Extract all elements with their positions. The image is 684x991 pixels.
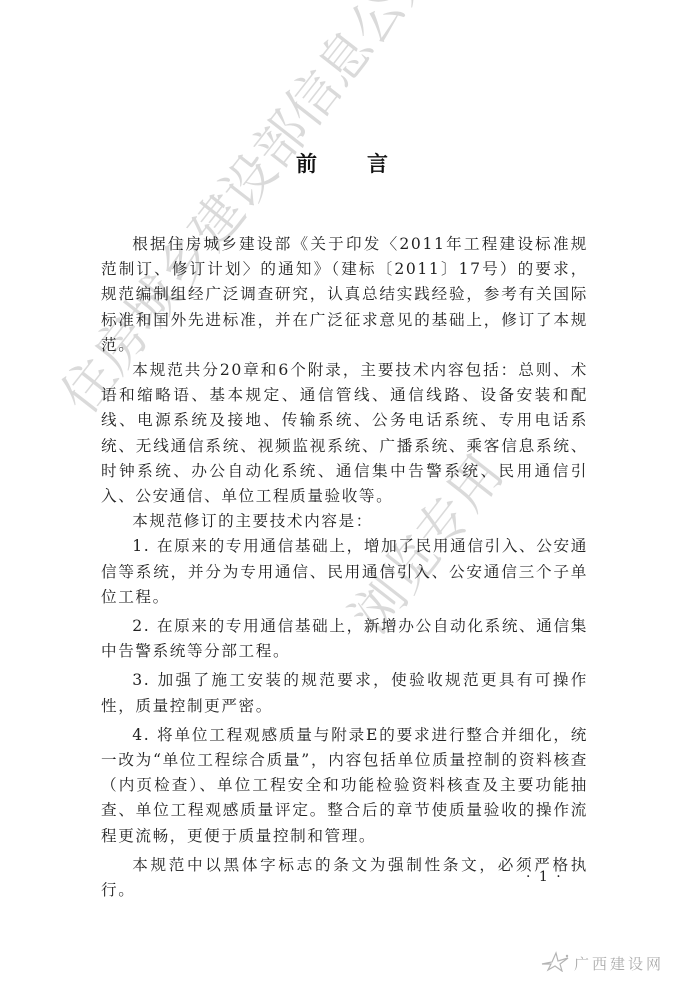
star-swoosh-icon (540, 950, 570, 977)
paragraph-contents: 本规范共分20章和6个附录，主要技术内容包括：总则、术语和缩略语、基本规定、通信… (101, 358, 588, 509)
document-body: 根据住房城乡建设部《关于印发〈2011年工程建设标准规范制订、修订计划〉的通知》… (101, 232, 588, 903)
revision-item-1: 1. 在原来的专用通信基础上，增加了民用通信引入、公安通信等系统，并分为专用通信… (101, 534, 588, 610)
page-number: · 1 · (526, 869, 563, 885)
document-page: 住房城乡建设部信息公开 浏览专用 前言 根据住房城乡建设部《关于印发〈2011年… (0, 0, 684, 991)
page-title: 前言 (0, 148, 684, 178)
revision-item-3: 3. 加强了施工安装的规范要求，使验收规范更具有可操作性，质量控制更严密。 (101, 668, 588, 718)
revision-item-4: 4. 将单位工程观感质量与附录E的要求进行整合并细化，统一改为“单位工程综合质量… (101, 723, 588, 849)
paragraph-mandatory: 本规范中以黑体字标志的条文为强制性条文，必须严格执行。 (101, 853, 588, 903)
logo-text: 广西建设网 (574, 953, 664, 974)
paragraph-revision-intro: 本规范修订的主要技术内容是： (101, 509, 588, 534)
paragraph-background: 根据住房城乡建设部《关于印发〈2011年工程建设标准规范制订、修订计划〉的通知》… (101, 232, 588, 358)
revision-item-2: 2. 在原来的专用通信基础上，新增办公自动化系统、通信集中告警系统等分部工程。 (101, 614, 588, 664)
site-logo: 广西建设网 (540, 950, 664, 977)
